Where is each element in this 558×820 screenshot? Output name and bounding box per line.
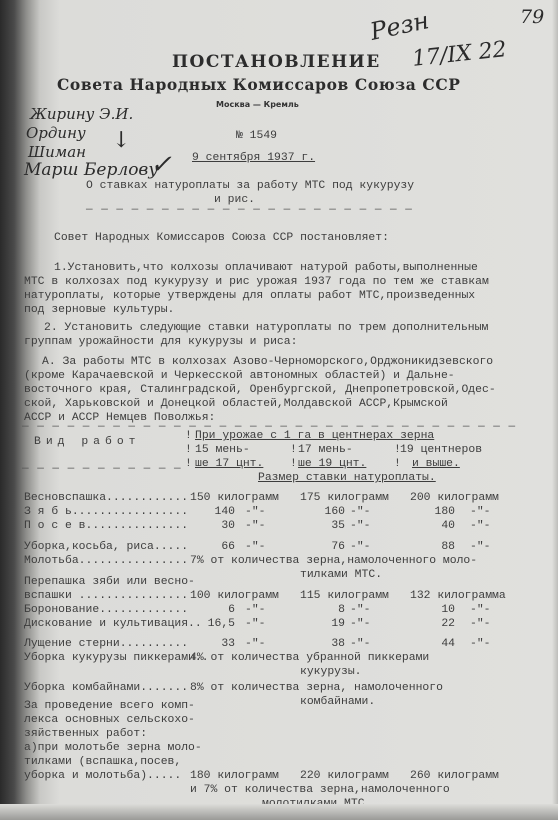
document-title: ПОСТАНОВЛЕНИЕ — [172, 52, 381, 72]
table-cell-value: 44 — [410, 638, 455, 650]
table-cell-ditto: -"- — [350, 541, 371, 553]
table-cell-value: 76 — [300, 541, 345, 553]
table-row-label: Лущение стерни.......... — [24, 638, 188, 650]
table-row-label: Перепашка зяби или весно- — [24, 576, 195, 588]
table-subheader: Размер ставки натуроплаты. — [258, 472, 436, 484]
table-row-label: Уборка кукурузы пиккерами.. — [24, 652, 209, 664]
col1-header-a: 15 мень- — [195, 444, 250, 456]
complex-label-line: За проведение всего комп- — [24, 700, 195, 712]
table-cell-value: 6 — [190, 604, 235, 616]
table-cell-ditto: -"- — [350, 604, 371, 616]
table-cell-note: тилками МТС. — [300, 569, 382, 581]
table-cell-value: 100 килограмм — [190, 590, 279, 602]
table-cell-value: 180 — [410, 506, 455, 518]
table-cell-value: 22 — [410, 618, 455, 630]
table-sep: ! — [185, 444, 192, 456]
table-cell-ditto: -"- — [470, 506, 491, 518]
table-cell-ditto: -"- — [350, 520, 371, 532]
col2-header-a: 17 мень- — [298, 444, 353, 456]
table-rule-mid: — — — — — — — — — — — — [22, 463, 182, 475]
table-cell-value: 8 — [300, 604, 345, 616]
table-cell-value: 66 — [190, 541, 235, 553]
table-cell-note: 4% от количества убранной пиккерами — [190, 652, 429, 664]
divider: — — — — — — — — — — — — — — — — — — — — … — [86, 204, 413, 216]
document-page — [0, 0, 558, 820]
table-cell-value: 132 килограмма — [410, 590, 506, 602]
table-cell-note: 8% от количества зерна, намолоченного — [190, 682, 443, 694]
subject-line-1: О ставках натуроплаты за работу МТС под … — [86, 180, 414, 192]
pA-line: ской, Харьковской и Донецкой областей,Мо… — [24, 398, 448, 410]
table-row-label: З я б ь................. — [24, 506, 188, 518]
table-cell-value: 88 — [410, 541, 455, 553]
p1-line: под зерновые культуры. — [24, 304, 174, 316]
table-cell-value: 38 — [300, 638, 345, 650]
table-cell-note: 7% от количества зерна,намолоченного мол… — [190, 555, 477, 567]
table-col0-header: Вид работ — [34, 436, 141, 448]
table-row-label: Уборка комбайнами....... — [24, 682, 188, 694]
table-cell-value: 115 килограмм — [300, 590, 389, 602]
table-row-label: Молотьба................ — [24, 555, 188, 567]
table-row-label: вспашки ................ — [24, 590, 188, 602]
margin-note-4: Марш Берлову — [24, 160, 158, 180]
p2-line: 2. Установить следующие ставки натуропла… — [44, 322, 488, 334]
complex-label-line: а)при молотьбе зерна моло- — [24, 742, 202, 754]
pA-line: А. За работы МТС в колхозах Азово-Черном… — [42, 356, 493, 368]
table-row-label: Боронование............. — [24, 604, 188, 616]
table-cell-note: кукурузы. — [300, 666, 362, 678]
page-edge — [552, 0, 558, 820]
table-cell-value: 10 — [410, 604, 455, 616]
table-row-label: Уборка,косьба, риса..... — [24, 541, 188, 553]
p1-line: МТС в колхозах под кукурузу и рис урожая… — [24, 276, 489, 288]
table-cell-ditto: -"- — [470, 618, 491, 630]
table-cell-value: 33 — [190, 638, 235, 650]
table-sep: ! — [290, 458, 297, 470]
table-cell-value: 19 — [300, 618, 345, 630]
col2-header-b: ше 19 цнт. — [298, 458, 366, 470]
col3-header-a: 19 центнеров — [400, 444, 482, 456]
pA-line: восточного края, Сталинградской, Оренбур… — [24, 384, 496, 396]
table-cell-ditto: -"- — [470, 541, 491, 553]
table-cell-ditto: -"- — [470, 604, 491, 616]
col1-header-b: ше 17 цнт. — [195, 458, 263, 470]
document-date: 9 сентября 1937 г. — [192, 152, 315, 164]
page-number: 79 — [520, 6, 544, 28]
table-cell-ditto: -"- — [350, 638, 371, 650]
table-sep: ! — [185, 430, 192, 442]
page-bottom-edge — [0, 804, 558, 820]
table-cell-value: 150 килограмм — [190, 492, 279, 504]
table-sep: ! — [394, 458, 401, 470]
table-cell-note: комбайнами. — [300, 696, 375, 708]
complex-value: 180 килограмм — [190, 770, 279, 782]
complex-label-line: уборка и молотьба)..... — [24, 770, 181, 782]
table-cell-value: 140 — [190, 506, 235, 518]
complex-label-line: зяйственных работ: — [24, 728, 147, 740]
table-cell-ditto: -"- — [470, 638, 491, 650]
margin-note-1: Жирину Э.И. — [30, 105, 133, 123]
checkmark-icon: ✓ — [150, 150, 172, 180]
table-cell-ditto: -"- — [245, 520, 266, 532]
table-row-label: Весновспашка............ — [24, 492, 188, 504]
complex-value: 260 килограмм — [410, 770, 499, 782]
table-cell-ditto: -"- — [470, 520, 491, 532]
col3-header-b: и выше. — [412, 458, 460, 470]
margin-note-3: Шиман — [28, 143, 86, 161]
table-cell-value: 200 килограмм — [410, 492, 499, 504]
complex-label-line: лекса основных сельскохо- — [24, 714, 195, 726]
table-cell-value: 40 — [410, 520, 455, 532]
margin-note-2: Ордину — [26, 124, 86, 142]
p2-line: группам урожайности для кукурузы и риса: — [24, 336, 297, 348]
p1-line: 1.Установить,что колхозы оплачивают нату… — [54, 262, 478, 274]
document-number: № 1549 — [236, 130, 277, 142]
table-cell-ditto: -"- — [245, 638, 266, 650]
table-cell-ditto: -"- — [245, 604, 266, 616]
table-cell-value: 160 — [300, 506, 345, 518]
table-cell-value: 35 — [300, 520, 345, 532]
table-cell-value: 175 килограмм — [300, 492, 389, 504]
document-place: Москва — Кремль — [216, 100, 299, 109]
complex-value: 220 килограмм — [300, 770, 389, 782]
table-cell-ditto: -"- — [350, 506, 371, 518]
table-cell-ditto: -"- — [245, 541, 266, 553]
preamble: Совет Народных Комиссаров Союза ССР пост… — [54, 232, 389, 244]
table-cell-ditto: -"- — [245, 506, 266, 518]
table-sep: ! — [185, 458, 192, 470]
document-subtitle: Совета Народных Комиссаров Союза ССР — [57, 75, 461, 94]
complex-note: и 7% от количества зерна,намолоченного — [190, 784, 450, 796]
table-cell-ditto: -"- — [350, 618, 371, 630]
table-sep: ! — [290, 444, 297, 456]
table-group-header: При урожае с 1 га в центнерах зерна — [195, 430, 434, 442]
pA-line: (кроме Карачаевской и Черкесской автоном… — [24, 370, 455, 382]
table-cell-value: 30 — [190, 520, 235, 532]
complex-label-line: тилками (вспашка,посев, — [24, 756, 181, 768]
p1-line: натуроплаты, которые утверждены для опла… — [24, 290, 475, 302]
table-row-label: П о с е в............... — [24, 520, 188, 532]
arrow-down-icon: ↓ — [112, 128, 130, 153]
table-row-label: Дискование и культивация.. — [24, 618, 202, 630]
table-cell-value: 16,5 — [190, 618, 235, 630]
table-cell-ditto: -"- — [245, 618, 266, 630]
